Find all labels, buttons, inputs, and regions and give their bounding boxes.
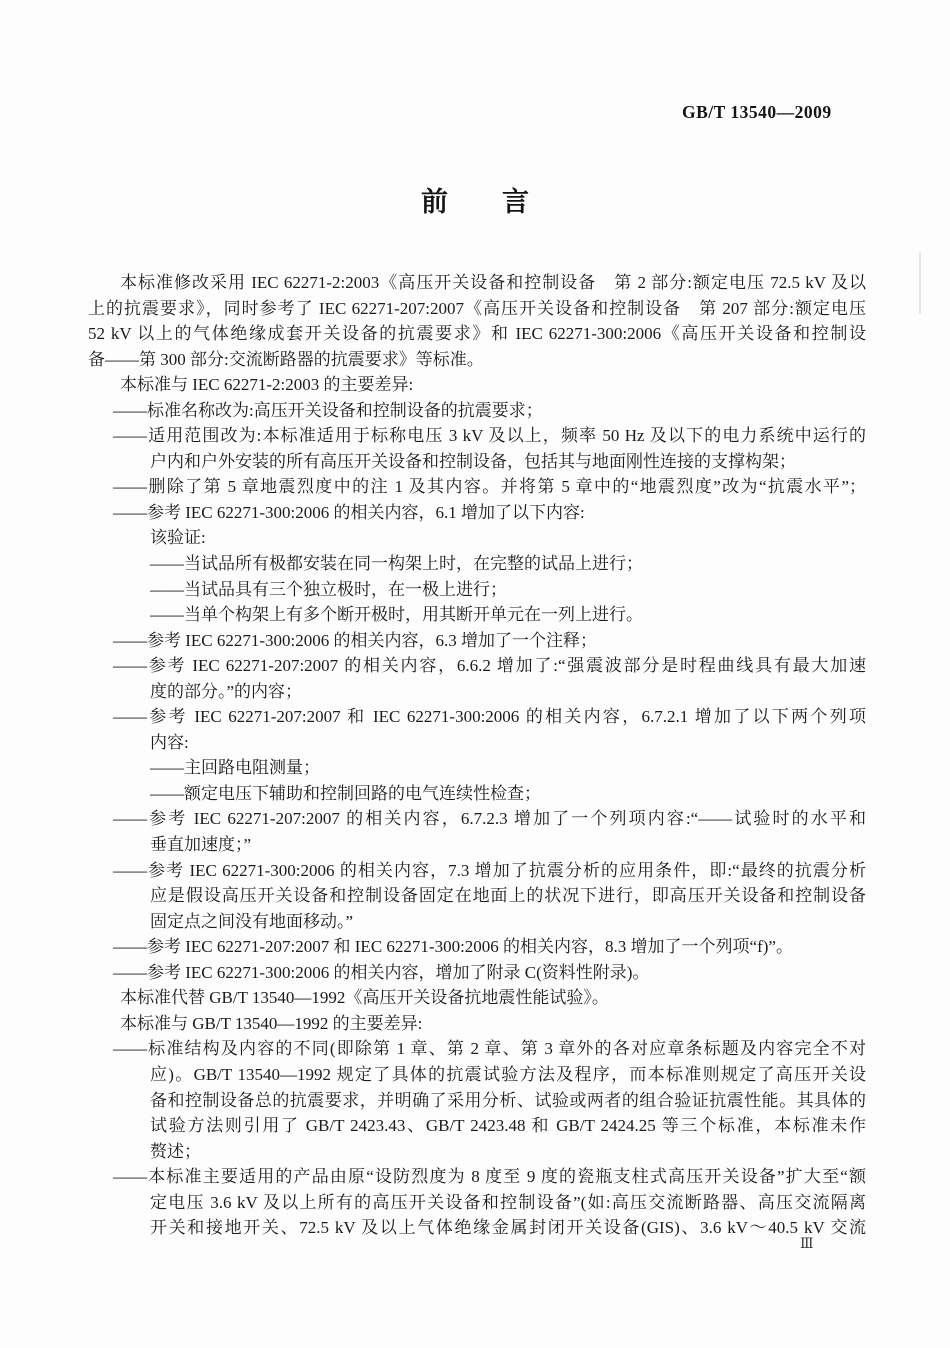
text-line: 垂直加速度；” <box>88 832 866 858</box>
text-line: ——参考 IEC 62271-207:2007 的相关内容，6.7.2.3 增加… <box>88 806 866 832</box>
page-title: 前 言 <box>0 186 950 218</box>
text-line: 本标准代替 GB/T 13540—1992《高压开关设备抗地震性能试验》。 <box>88 985 866 1011</box>
text-line: ——参考 IEC 62271-207:2007 和 IEC 62271-300:… <box>88 934 866 960</box>
text-line: 度的部分。”的内容； <box>88 679 866 705</box>
text-line: ——参考 IEC 62271-300:2006 的相关内容，增加了附录 C(资料… <box>88 960 866 986</box>
text-line: 开关和接地开关、72.5 kV 及以上气体绝缘金属封闭开关设备(GIS)、3.6… <box>88 1215 866 1241</box>
text-line: 应)。GB/T 13540—1992 规定了具体的抗震试验方法及程序，而本标准则… <box>88 1062 866 1088</box>
foreword-body: 本标准修改采用 IEC 62271-2:2003《高压开关设备和控制设备 第 2… <box>88 270 866 1241</box>
text-line: ——标准名称改为:高压开关设备和控制设备的抗震要求； <box>88 398 866 424</box>
text-line: ——当试品所有极都安装在同一构架上时，在完整的试品上进行； <box>88 551 866 577</box>
text-line: 赘述； <box>88 1139 866 1165</box>
scan-artifact-line <box>919 252 921 314</box>
text-line: 52 kV 以上的气体绝缘成套开关设备的抗震要求》和 IEC 62271-300… <box>88 321 866 347</box>
text-line: 备和控制设备总的抗震要求，并明确了采用分析、试验或两者的组合验证抗震性能。其具体… <box>88 1088 866 1114</box>
text-line: ——当单个构架上有多个断开极时，用其断开单元在一列上进行。 <box>88 602 866 628</box>
text-line: 应是假设高压开关设备和控制设备固定在地面上的状况下进行，即高压开关设备和控制设备 <box>88 883 866 909</box>
text-line: ——当试品具有三个独立极时，在一极上进行； <box>88 577 866 603</box>
text-line: ——参考 IEC 62271-300:2006 的相关内容，6.1 增加了以下内… <box>88 500 866 526</box>
text-line: ——删除了第 5 章地震烈度中的注 1 及其内容。并将第 5 章中的“地震烈度”… <box>88 474 866 500</box>
text-line: ——参考 IEC 62271-207:2007 和 IEC 62271-300:… <box>88 704 866 730</box>
text-line: ——参考 IEC 62271-300:2006 的相关内容，6.3 增加了一个注… <box>88 628 866 654</box>
text-line: 该验证: <box>88 525 866 551</box>
text-line: 备——第 300 部分:交流断路器的抗震要求》等标准。 <box>88 347 866 373</box>
text-line: 试验方法则引用了 GB/T 2423.43、GB/T 2423.48 和 GB/… <box>88 1113 866 1139</box>
text-line: 本标准修改采用 IEC 62271-2:2003《高压开关设备和控制设备 第 2… <box>88 270 866 296</box>
text-line: 定电压 3.6 kV 及以上所有的高压开关设备和控制设备”(如:高压交流断路器、… <box>88 1190 866 1216</box>
standard-code-header: GB/T 13540—2009 <box>682 102 832 123</box>
text-line: ——额定电压下辅助和控制回路的电气连续性检查； <box>88 781 866 807</box>
text-line: ——适用范围改为:本标准适用于标称电压 3 kV 及以上，频率 50 Hz 及以… <box>88 423 866 449</box>
text-line: ——参考 IEC 62271-300:2006 的相关内容，7.3 增加了抗震分… <box>88 858 866 884</box>
document-page: GB/T 13540—2009 前 言 本标准修改采用 IEC 62271-2:… <box>0 0 950 1348</box>
text-line: ——主回路电阻测量； <box>88 755 866 781</box>
text-line: 内容: <box>88 730 866 756</box>
page-number: Ⅲ <box>800 1236 814 1253</box>
text-line: ——标准结构及内容的不同(即除第 1 章、第 2 章、第 3 章外的各对应章条标… <box>88 1036 866 1062</box>
text-line: 固定点之间没有地面移动。” <box>88 909 866 935</box>
text-line: 本标准与 IEC 62271-2:2003 的主要差异: <box>88 372 866 398</box>
text-line: 上的抗震要求》，同时参考了 IEC 62271-207:2007《高压开关设备和… <box>88 296 866 322</box>
text-line: 本标准与 GB/T 13540—1992 的主要差异: <box>88 1011 866 1037</box>
text-line: 户内和户外安装的所有高压开关设备和控制设备，包括其与地面刚性连接的支撑构架； <box>88 449 866 475</box>
text-line: ——参考 IEC 62271-207:2007 的相关内容，6.6.2 增加了:… <box>88 653 866 679</box>
text-line: ——本标准主要适用的产品由原“设防烈度为 8 度至 9 度的瓷瓶支柱式高压开关设… <box>88 1164 866 1190</box>
